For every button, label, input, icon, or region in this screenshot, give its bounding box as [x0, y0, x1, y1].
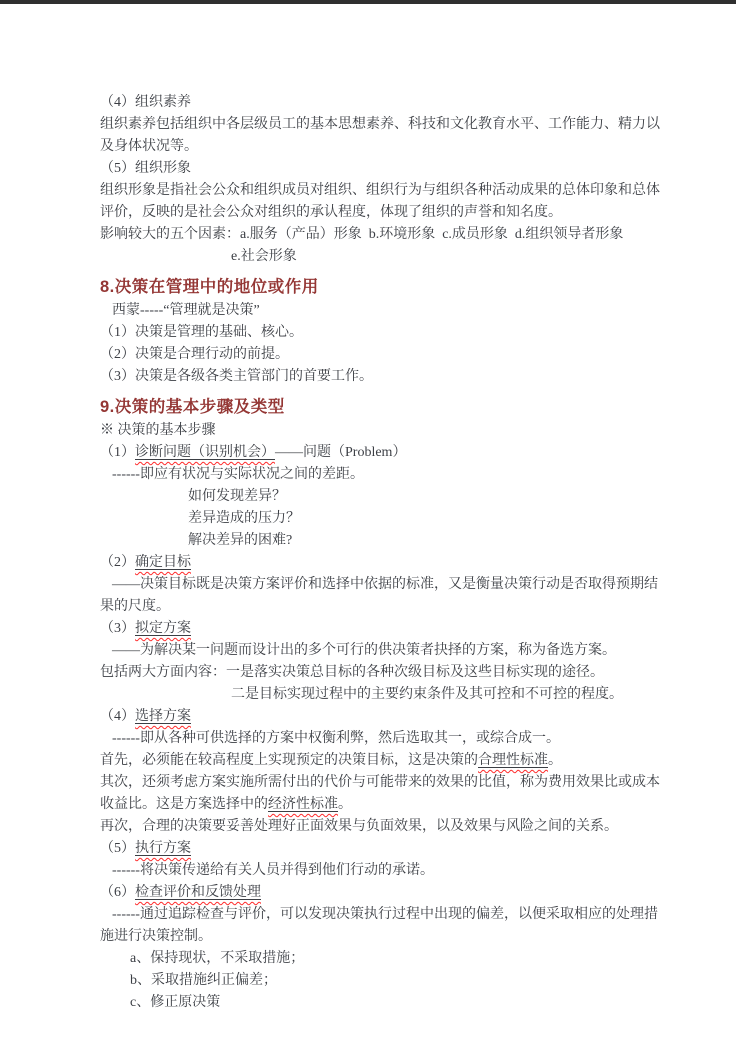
text-segment: 包括两大方面内容：一是落实决策总目标的各种次级目标及这些目标实现的途径。: [100, 665, 604, 680]
text-line: ------将决策传递给有关人员并得到他们行动的承诺。: [100, 860, 660, 882]
text-segment: ——决策目标既是决策方案评价和选择中依据的标准，又是衡量决策行动是否取得预期结: [112, 577, 658, 592]
text-segment: ※ 决策的基本步骤: [100, 423, 216, 438]
text-segment: （1）: [100, 445, 135, 460]
section-heading: 9.决策的基本步骤及类型: [100, 394, 660, 420]
text-line: 影响较大的五个因素：a.服务（产品）形象 b.环境形象 c.成员形象 d.组织领…: [100, 224, 660, 246]
text-segment: 如何发现差异？: [188, 489, 286, 504]
text-line: 评价，反映的是社会公众对组织的承认程度，体现了组织的声誉和知名度。: [100, 202, 660, 224]
text-segment: 西蒙-----“管理就是决策”: [112, 303, 260, 318]
text-segment: （5）: [100, 841, 135, 856]
text-line: （2）决策是合理行动的前提。: [100, 344, 660, 366]
text-segment: 组织素养包括组织中各层级员工的基本思想素养、科技和文化教育水平、工作能力、精力以: [100, 117, 660, 132]
text-line: （6）检查评价和反馈处理: [100, 882, 660, 904]
text-segment: 8.决策在管理中的地位或作用: [100, 278, 319, 296]
underlined-term-text: 选择方案: [135, 709, 191, 724]
text-line: ------即从各种可供选择的方案中权衡利弊，然后选取其一，或综合成一。: [100, 728, 660, 750]
text-line: （5）组织形象: [100, 158, 660, 180]
text-line: ——为解决某一问题而设计出的多个可行的供决策者抉择的方案，称为备选方案。: [100, 640, 660, 662]
text-segment: 二是目标实现过程中的主要约束条件及其可控和不可控的程度。: [231, 687, 623, 702]
text-segment: （4）: [100, 709, 135, 724]
text-segment: ------即从各种可供选择的方案中权衡利弊，然后选取其一，或综合成一。: [112, 731, 560, 746]
text-segment: 。: [338, 797, 352, 812]
text-line: 再次，合理的决策要妥善处理好正面效果与负面效果，以及效果与风险之间的关系。: [100, 816, 660, 838]
text-line: 果的尺度。: [100, 596, 660, 618]
text-line: （2）确定目标: [100, 552, 660, 574]
underlined-term-text: 确定目标: [135, 555, 191, 570]
text-segment: 组织形象是指社会公众和组织成员对组织、组织行为与组织各种活动成果的总体印象和总体: [100, 183, 660, 198]
text-segment: 施进行决策控制。: [100, 929, 212, 944]
text-segment: 9.决策的基本步骤及类型: [100, 398, 285, 416]
text-segment: ——为解决某一问题而设计出的多个可行的供决策者抉择的方案，称为备选方案。: [112, 643, 616, 658]
text-segment: （2）: [100, 555, 135, 570]
text-segment: b、采取措施纠正偏差；: [130, 973, 277, 988]
text-segment: ------即应有状况与实际状况之间的差距。: [112, 467, 364, 482]
text-line: （1）诊断问题（识别机会）——问题（Problem）: [100, 442, 660, 464]
text-line: （4）组织素养: [100, 92, 660, 114]
text-segment: 及身体状况等。: [100, 139, 198, 154]
text-line: 解决差异的困难?: [100, 530, 660, 552]
text-line: 如何发现差异？: [100, 486, 660, 508]
underlined-term: 检查评价和反馈处理: [135, 885, 261, 900]
underlined-term: 经济性标准: [268, 797, 338, 812]
text-segment: e.社会形象: [231, 249, 297, 264]
text-segment: （1）决策是管理的基础、核心。: [100, 325, 303, 340]
text-segment: （4）组织素养: [100, 95, 191, 110]
text-segment: （5）组织形象: [100, 161, 191, 176]
underlined-term: 拟定方案: [135, 621, 191, 636]
text-segment: ------将决策传递给有关人员并得到他们行动的承诺。: [112, 863, 434, 878]
text-segment: 其次，还须考虑方案实施所需付出的代价与可能带来的效果的比值，称为费用效果比或成本: [100, 775, 660, 790]
text-line: 包括两大方面内容：一是落实决策总目标的各种次级目标及这些目标实现的途径。: [100, 662, 660, 684]
text-line: （3）决策是各级各类主管部门的首要工作。: [100, 366, 660, 388]
text-line: 组织素养包括组织中各层级员工的基本思想素养、科技和文化教育水平、工作能力、精力以: [100, 114, 660, 136]
text-line: （4）选择方案: [100, 706, 660, 728]
text-line: 组织形象是指社会公众和组织成员对组织、组织行为与组织各种活动成果的总体印象和总体: [100, 180, 660, 202]
text-line: b、采取措施纠正偏差；: [100, 970, 660, 992]
text-line: e.社会形象: [100, 246, 660, 268]
underlined-term-text: 拟定方案: [135, 621, 191, 636]
text-segment: ——问题（Problem）: [275, 445, 406, 460]
text-line: c、修正原决策: [100, 992, 660, 1014]
section-heading: 8.决策在管理中的地位或作用: [100, 274, 660, 300]
text-segment: 收益比。这是方案选择中的: [100, 797, 268, 812]
text-line: ※ 决策的基本步骤: [100, 420, 660, 442]
text-line: （3）拟定方案: [100, 618, 660, 640]
text-line: （1）决策是管理的基础、核心。: [100, 322, 660, 344]
document-content: （4）组织素养组织素养包括组织中各层级员工的基本思想素养、科技和文化教育水平、工…: [100, 92, 660, 1014]
text-segment: （6）: [100, 885, 135, 900]
text-line: 收益比。这是方案选择中的经济性标准。: [100, 794, 660, 816]
text-segment: 差异造成的压力？: [188, 511, 300, 526]
text-segment: ------通过追踪检查与评价，可以发现决策执行过程中出现的偏差，以便采取相应的…: [112, 907, 658, 922]
underlined-term-text: 执行方案: [135, 841, 191, 856]
text-segment: 果的尺度。: [100, 599, 170, 614]
text-segment: 再次，合理的决策要妥善处理好正面效果与负面效果，以及效果与风险之间的关系。: [100, 819, 618, 834]
text-segment: 。: [548, 753, 562, 768]
text-line: a、保持现状，不采取措施；: [100, 948, 660, 970]
document-page: （4）组织素养组织素养包括组织中各层级员工的基本思想素养、科技和文化教育水平、工…: [0, 0, 736, 1050]
text-segment: c、修正原决策: [130, 995, 220, 1010]
underlined-term: 诊断问题（识别机会）: [135, 445, 275, 460]
text-line: 及身体状况等。: [100, 136, 660, 158]
text-line: （5）执行方案: [100, 838, 660, 860]
text-line: 首先，必须能在较高程度上实现预定的决策目标，这是决策的合理性标准。: [100, 750, 660, 772]
text-line: 二是目标实现过程中的主要约束条件及其可控和不可控的程度。: [100, 684, 660, 706]
text-line: 差异造成的压力？: [100, 508, 660, 530]
text-segment: a、保持现状，不采取措施；: [130, 951, 304, 966]
underlined-term-text: 合理性标准: [478, 753, 548, 768]
text-line: 施进行决策控制。: [100, 926, 660, 948]
underlined-term-text: 诊断问题（识别机会）: [135, 445, 275, 460]
underlined-term: 选择方案: [135, 709, 191, 724]
underlined-term-text: 经济性标准: [268, 797, 338, 812]
text-segment: （3）: [100, 621, 135, 636]
text-line: ------即应有状况与实际状况之间的差距。: [100, 464, 660, 486]
page-top-edge: [0, 0, 736, 4]
underlined-term: 合理性标准: [478, 753, 548, 768]
text-segment: 影响较大的五个因素：a.服务（产品）形象 b.环境形象 c.成员形象 d.组织领…: [100, 227, 623, 242]
text-line: 西蒙-----“管理就是决策”: [100, 300, 660, 322]
text-line: ------通过追踪检查与评价，可以发现决策执行过程中出现的偏差，以便采取相应的…: [100, 904, 660, 926]
text-segment: （2）决策是合理行动的前提。: [100, 347, 289, 362]
underlined-term-text: 检查评价和反馈处理: [135, 885, 261, 900]
text-line: 其次，还须考虑方案实施所需付出的代价与可能带来的效果的比值，称为费用效果比或成本: [100, 772, 660, 794]
text-segment: 解决差异的困难?: [188, 533, 292, 548]
underlined-term: 确定目标: [135, 555, 191, 570]
text-segment: （3）决策是各级各类主管部门的首要工作。: [100, 369, 373, 384]
underlined-term: 执行方案: [135, 841, 191, 856]
text-line: ——决策目标既是决策方案评价和选择中依据的标准，又是衡量决策行动是否取得预期结: [100, 574, 660, 596]
text-segment: 首先，必须能在较高程度上实现预定的决策目标，这是决策的: [100, 753, 478, 768]
text-segment: 评价，反映的是社会公众对组织的承认程度，体现了组织的声誉和知名度。: [100, 205, 562, 220]
